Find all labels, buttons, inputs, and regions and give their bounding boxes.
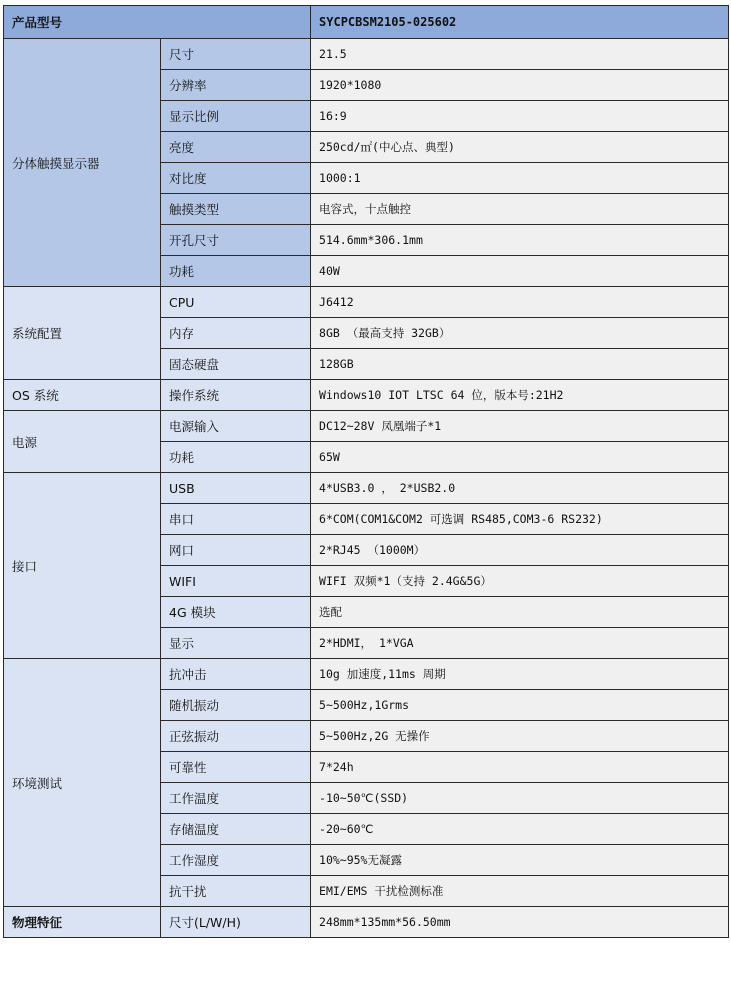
spec-label: 工作温度 xyxy=(161,783,311,814)
spec-value: 248mm*135mm*56.50mm xyxy=(311,907,729,938)
spec-value: 250cd/㎡(中心点、典型) xyxy=(311,132,729,163)
spec-value: 4*USB3.0 ， 2*USB2.0 xyxy=(311,473,729,504)
spec-label: 功耗 xyxy=(161,256,311,287)
spec-value: 1920*1080 xyxy=(311,70,729,101)
spec-value: 5~500Hz,2G 无操作 xyxy=(311,721,729,752)
spec-label: 对比度 xyxy=(161,163,311,194)
spec-value: 7*24h xyxy=(311,752,729,783)
table-row: OS 系统操作系统Windows10 IOT LTSC 64 位，版本号:21H… xyxy=(4,380,729,411)
group-label: 电源 xyxy=(4,411,161,473)
spec-label: 触摸类型 xyxy=(161,194,311,225)
spec-label: 随机振动 xyxy=(161,690,311,721)
spec-label: 操作系统 xyxy=(161,380,311,411)
spec-label: 抗干扰 xyxy=(161,876,311,907)
spec-label: 内存 xyxy=(161,318,311,349)
spec-value: 10%~95%无凝露 xyxy=(311,845,729,876)
spec-value: WIFI 双频*1（支持 2.4G&5G） xyxy=(311,566,729,597)
spec-label: USB xyxy=(161,473,311,504)
group-label: 分体触摸显示器 xyxy=(4,39,161,287)
spec-label: 开孔尺寸 xyxy=(161,225,311,256)
spec-label: 显示 xyxy=(161,628,311,659)
spec-label: 4G 模块 xyxy=(161,597,311,628)
spec-value: DC12~28V 凤凰端子*1 xyxy=(311,411,729,442)
spec-label: 亮度 xyxy=(161,132,311,163)
spec-value: Windows10 IOT LTSC 64 位，版本号:21H2 xyxy=(311,380,729,411)
table-row: 接口USB4*USB3.0 ， 2*USB2.0 xyxy=(4,473,729,504)
table-row: 电源电源输入DC12~28V 凤凰端子*1 xyxy=(4,411,729,442)
header-row: 产品型号 SYCPCBSM2105-025602 xyxy=(4,6,729,39)
group-label: OS 系统 xyxy=(4,380,161,411)
spec-label: 工作湿度 xyxy=(161,845,311,876)
spec-value: 514.6mm*306.1mm xyxy=(311,225,729,256)
table-row: 环境测试抗冲击10g 加速度,11ms 周期 xyxy=(4,659,729,690)
spec-label: 尺寸 xyxy=(161,39,311,70)
spec-value: 6*COM(COM1&COM2 可选调 RS485,COM3-6 RS232) xyxy=(311,504,729,535)
spec-value: EMI/EMS 干扰检测标准 xyxy=(311,876,729,907)
model-number: SYCPCBSM2105-025602 xyxy=(311,6,729,39)
spec-label: 可靠性 xyxy=(161,752,311,783)
spec-value: 5~500Hz,1Grms xyxy=(311,690,729,721)
group-label: 环境测试 xyxy=(4,659,161,907)
spec-label: CPU xyxy=(161,287,311,318)
spec-label: 固态硬盘 xyxy=(161,349,311,380)
header-label: 产品型号 xyxy=(4,6,311,39)
spec-table: 产品型号 SYCPCBSM2105-025602 分体触摸显示器尺寸21.5分辨… xyxy=(3,5,729,938)
spec-value: 选配 xyxy=(311,597,729,628)
spec-value: 128GB xyxy=(311,349,729,380)
spec-value: 21.5 xyxy=(311,39,729,70)
spec-label: 显示比例 xyxy=(161,101,311,132)
group-label: 物理特征 xyxy=(4,907,161,938)
spec-label: 尺寸(L/W/H) xyxy=(161,907,311,938)
spec-value: J6412 xyxy=(311,287,729,318)
spec-value: 1000:1 xyxy=(311,163,729,194)
table-row: 分体触摸显示器尺寸21.5 xyxy=(4,39,729,70)
spec-label: 功耗 xyxy=(161,442,311,473)
spec-value: 10g 加速度,11ms 周期 xyxy=(311,659,729,690)
table-row: 物理特征尺寸(L/W/H)248mm*135mm*56.50mm xyxy=(4,907,729,938)
spec-value: 2*RJ45 （1000M） xyxy=(311,535,729,566)
spec-label: 电源输入 xyxy=(161,411,311,442)
spec-value: 16:9 xyxy=(311,101,729,132)
spec-value: 2*HDMI， 1*VGA xyxy=(311,628,729,659)
group-label: 系统配置 xyxy=(4,287,161,380)
spec-label: 分辨率 xyxy=(161,70,311,101)
spec-label: 网口 xyxy=(161,535,311,566)
group-label: 接口 xyxy=(4,473,161,659)
spec-value: 电容式，十点触控 xyxy=(311,194,729,225)
spec-value: -20~60℃ xyxy=(311,814,729,845)
spec-label: 存储温度 xyxy=(161,814,311,845)
spec-label: WIFI xyxy=(161,566,311,597)
table-row: 系统配置CPUJ6412 xyxy=(4,287,729,318)
spec-value: 8GB （最高支持 32GB） xyxy=(311,318,729,349)
spec-label: 正弦振动 xyxy=(161,721,311,752)
spec-value: 65W xyxy=(311,442,729,473)
spec-value: -10~50℃(SSD) xyxy=(311,783,729,814)
spec-label: 抗冲击 xyxy=(161,659,311,690)
spec-value: 40W xyxy=(311,256,729,287)
spec-label: 串口 xyxy=(161,504,311,535)
